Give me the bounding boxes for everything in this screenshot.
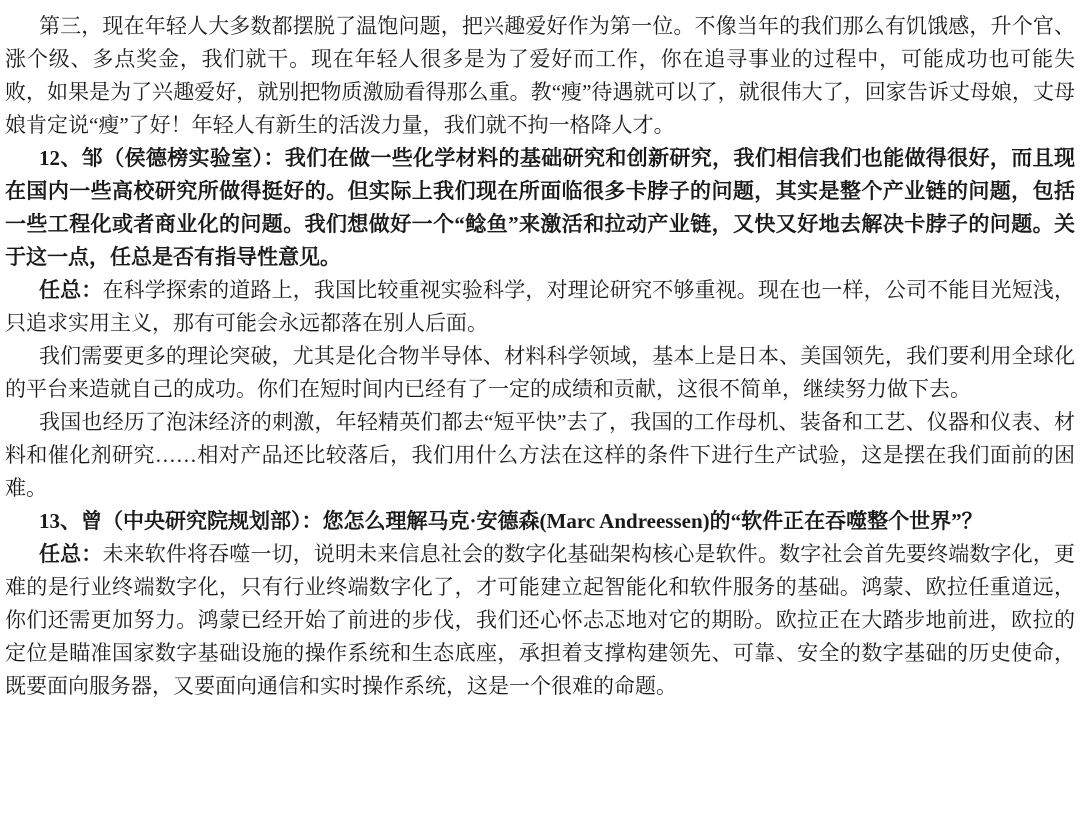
paragraph-answer-12-part-1: 任总：在科学探索的道路上，我国比较重视实验科学，对理论研究不够重视。现在也一样，… — [5, 274, 1075, 340]
paragraph-answer-12-part-2: 我们需要更多的理论突破，尤其是化合物半导体、材料科学领域，基本上是日本、美国领先… — [5, 340, 1075, 406]
paragraph-question-12: 12、邹（侯德榜实验室）：我们在做一些化学材料的基础研究和创新研究，我们相信我们… — [5, 142, 1075, 274]
paragraph-answer-12-part-3: 我国也经历了泡沫经济的刺激，年轻精英们都去“短平快”去了，我国的工作母机、装备和… — [5, 406, 1075, 505]
paragraph-answer-13-part-1: 任总：未来软件将吞噬一切，说明未来信息社会的数字化基础架构核心是软件。数字社会首… — [5, 538, 1075, 703]
paragraph-intro-point-three: 第三，现在年轻人大多数都摆脱了温饱问题，把兴趣爱好作为第一位。不像当年的我们那么… — [5, 10, 1075, 142]
speaker-label-ren: 任总： — [39, 278, 102, 302]
speaker-label-ren: 任总： — [39, 542, 102, 566]
answer-text: 未来软件将吞噬一切，说明未来信息社会的数字化基础架构核心是软件。数字社会首先要终… — [5, 542, 1075, 698]
document-page: 第三，现在年轻人大多数都摆脱了温饱问题，把兴趣爱好作为第一位。不像当年的我们那么… — [0, 0, 1080, 829]
answer-text: 在科学探索的道路上，我国比较重视实验科学，对理论研究不够重视。现在也一样，公司不… — [5, 278, 1075, 335]
paragraph-question-13: 13、曾（中央研究院规划部）：您怎么理解马克·安德森(Marc Andreess… — [5, 505, 1075, 538]
